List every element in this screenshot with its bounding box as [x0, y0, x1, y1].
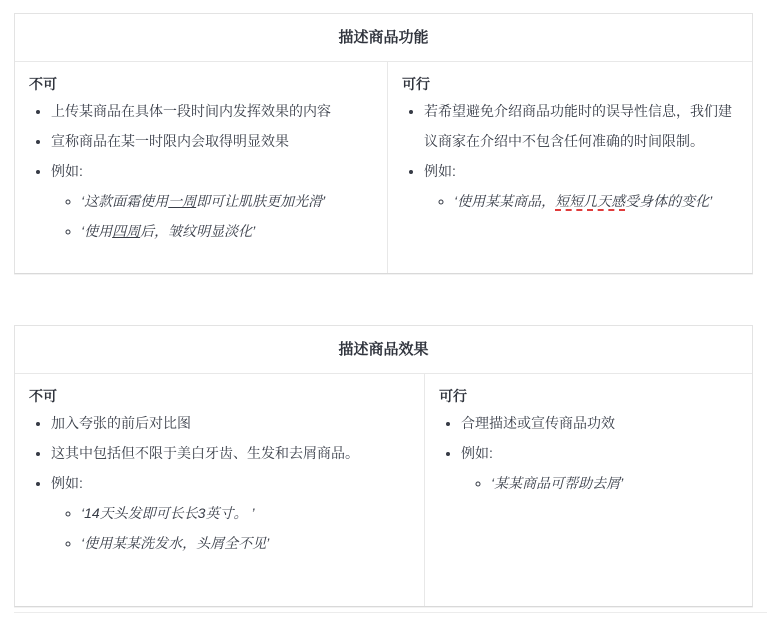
example-item: ‘某某商品可帮助去屑’: [491, 468, 738, 498]
example-text: 后，皱纹明显淡化’: [140, 223, 255, 239]
table-title: 描述商品效果: [15, 326, 752, 374]
examples-list: ‘使用某某商品，短短几天感受身体的变化’: [424, 186, 738, 216]
policy-document-page: 描述商品功能 不可 上传某商品在具体一段时间内发挥效果的内容 宣称商品在某一时限…: [0, 0, 767, 634]
example-text: ‘某某商品可帮助去屑’: [491, 475, 623, 491]
table-describe-product-effect: 描述商品效果 不可 加入夸张的前后对比图 这其中包括但不限于美白牙齿、生发和去屑…: [14, 325, 753, 607]
example-text: ‘使用: [81, 223, 112, 239]
underlined-text: 四周: [112, 223, 140, 239]
rule-item-examples-label: 例如: ‘某某商品可帮助去屑’: [461, 438, 738, 498]
column-allowed: 可行 若希望避免介绍商品功能时的误导性信息，我们建议商家在介绍中不包含任何准确的…: [388, 62, 752, 273]
rule-item-examples-label: 例如: ‘14天头发即可长长3英寸。 ’ ‘使用某某洗发水，头屑全不见’: [51, 468, 410, 558]
rule-item: 上传某商品在具体一段时间内发挥效果的内容: [51, 96, 373, 126]
example-item: ‘使用某某商品，短短几天感受身体的变化’: [454, 186, 738, 216]
column-not-allowed: 不可 加入夸张的前后对比图 这其中包括但不限于美白牙齿、生发和去屑商品。 例如:…: [15, 374, 425, 606]
rules-list: 若希望避免介绍商品功能时的误导性信息，我们建议商家在介绍中不包含任何准确的时间限…: [402, 96, 738, 216]
examples-label: 例如:: [51, 475, 83, 491]
column-header-allowed: 可行: [439, 386, 738, 406]
spellcheck-underline-text: 短短几天感: [555, 193, 625, 211]
rule-text: 上传某商品在具体一段时间内发挥效果的内容: [51, 103, 331, 119]
column-header-not-allowed: 不可: [29, 74, 373, 94]
examples-list: ‘这款面霜使用一周即可让肌肤更加光滑’ ‘使用四周后，皱纹明显淡化’: [51, 186, 373, 246]
example-text: 即可让肌肤更加光滑’: [196, 193, 325, 209]
rule-item: 这其中包括但不限于美白牙齿、生发和去屑商品。: [51, 438, 410, 468]
example-text: 受身体的变化’: [625, 193, 712, 209]
underlined-text: 一周: [168, 193, 196, 209]
example-item: ‘使用四周后，皱纹明显淡化’: [81, 216, 373, 246]
example-text: ‘这款面霜使用: [81, 193, 168, 209]
rule-text: 若希望避免介绍商品功能时的误导性信息，我们建议商家在介绍中不包含任何准确的时间限…: [424, 103, 732, 149]
column-header-not-allowed: 不可: [29, 386, 410, 406]
rule-item: 宣称商品在某一时限内会取得明显效果: [51, 126, 373, 156]
rule-item-examples-label: 例如: ‘使用某某商品，短短几天感受身体的变化’: [424, 156, 738, 216]
rule-item: 合理描述或宣传商品功效: [461, 408, 738, 438]
rule-item: 若希望避免介绍商品功能时的误导性信息，我们建议商家在介绍中不包含任何准确的时间限…: [424, 96, 738, 156]
rule-text: 这其中包括但不限于美白牙齿、生发和去屑商品。: [51, 445, 359, 461]
rule-text: 加入夸张的前后对比图: [51, 415, 191, 431]
examples-list: ‘某某商品可帮助去屑’: [461, 468, 738, 498]
example-item: ‘使用某某洗发水，头屑全不见’: [81, 528, 410, 558]
table-body-row: 不可 上传某商品在具体一段时间内发挥效果的内容 宣称商品在某一时限内会取得明显效…: [15, 62, 752, 273]
rule-item-examples-label: 例如: ‘这款面霜使用一周即可让肌肤更加光滑’ ‘使用四周后，皱纹明显淡化’: [51, 156, 373, 246]
example-text: ‘使用某某洗发水，头屑全不见’: [81, 535, 269, 551]
example-item: ‘14天头发即可长长3英寸。 ’: [81, 498, 410, 528]
examples-list: ‘14天头发即可长长3英寸。 ’ ‘使用某某洗发水，头屑全不见’: [51, 498, 410, 558]
example-text: ‘14天头发即可长长3英寸。 ’: [81, 505, 254, 521]
rule-text: 宣称商品在某一时限内会取得明显效果: [51, 133, 289, 149]
example-item: ‘这款面霜使用一周即可让肌肤更加光滑’: [81, 186, 373, 216]
next-table-cutoff-border: [14, 612, 767, 613]
rule-text: 合理描述或宣传商品功效: [461, 415, 615, 431]
examples-label: 例如:: [424, 163, 456, 179]
rule-item: 加入夸张的前后对比图: [51, 408, 410, 438]
examples-label: 例如:: [461, 445, 493, 461]
column-allowed: 可行 合理描述或宣传商品功效 例如: ‘某某商品可帮助去屑’: [425, 374, 752, 606]
rules-list: 加入夸张的前后对比图 这其中包括但不限于美白牙齿、生发和去屑商品。 例如: ‘1…: [29, 408, 410, 558]
table-describe-product-function: 描述商品功能 不可 上传某商品在具体一段时间内发挥效果的内容 宣称商品在某一时限…: [14, 13, 753, 274]
examples-label: 例如:: [51, 163, 83, 179]
column-header-allowed: 可行: [402, 74, 738, 94]
rules-list: 上传某商品在具体一段时间内发挥效果的内容 宣称商品在某一时限内会取得明显效果 例…: [29, 96, 373, 246]
rules-list: 合理描述或宣传商品功效 例如: ‘某某商品可帮助去屑’: [439, 408, 738, 498]
column-not-allowed: 不可 上传某商品在具体一段时间内发挥效果的内容 宣称商品在某一时限内会取得明显效…: [15, 62, 388, 273]
table-body-row: 不可 加入夸张的前后对比图 这其中包括但不限于美白牙齿、生发和去屑商品。 例如:…: [15, 374, 752, 606]
example-text: ‘使用某某商品，: [454, 193, 555, 209]
table-title: 描述商品功能: [15, 14, 752, 62]
